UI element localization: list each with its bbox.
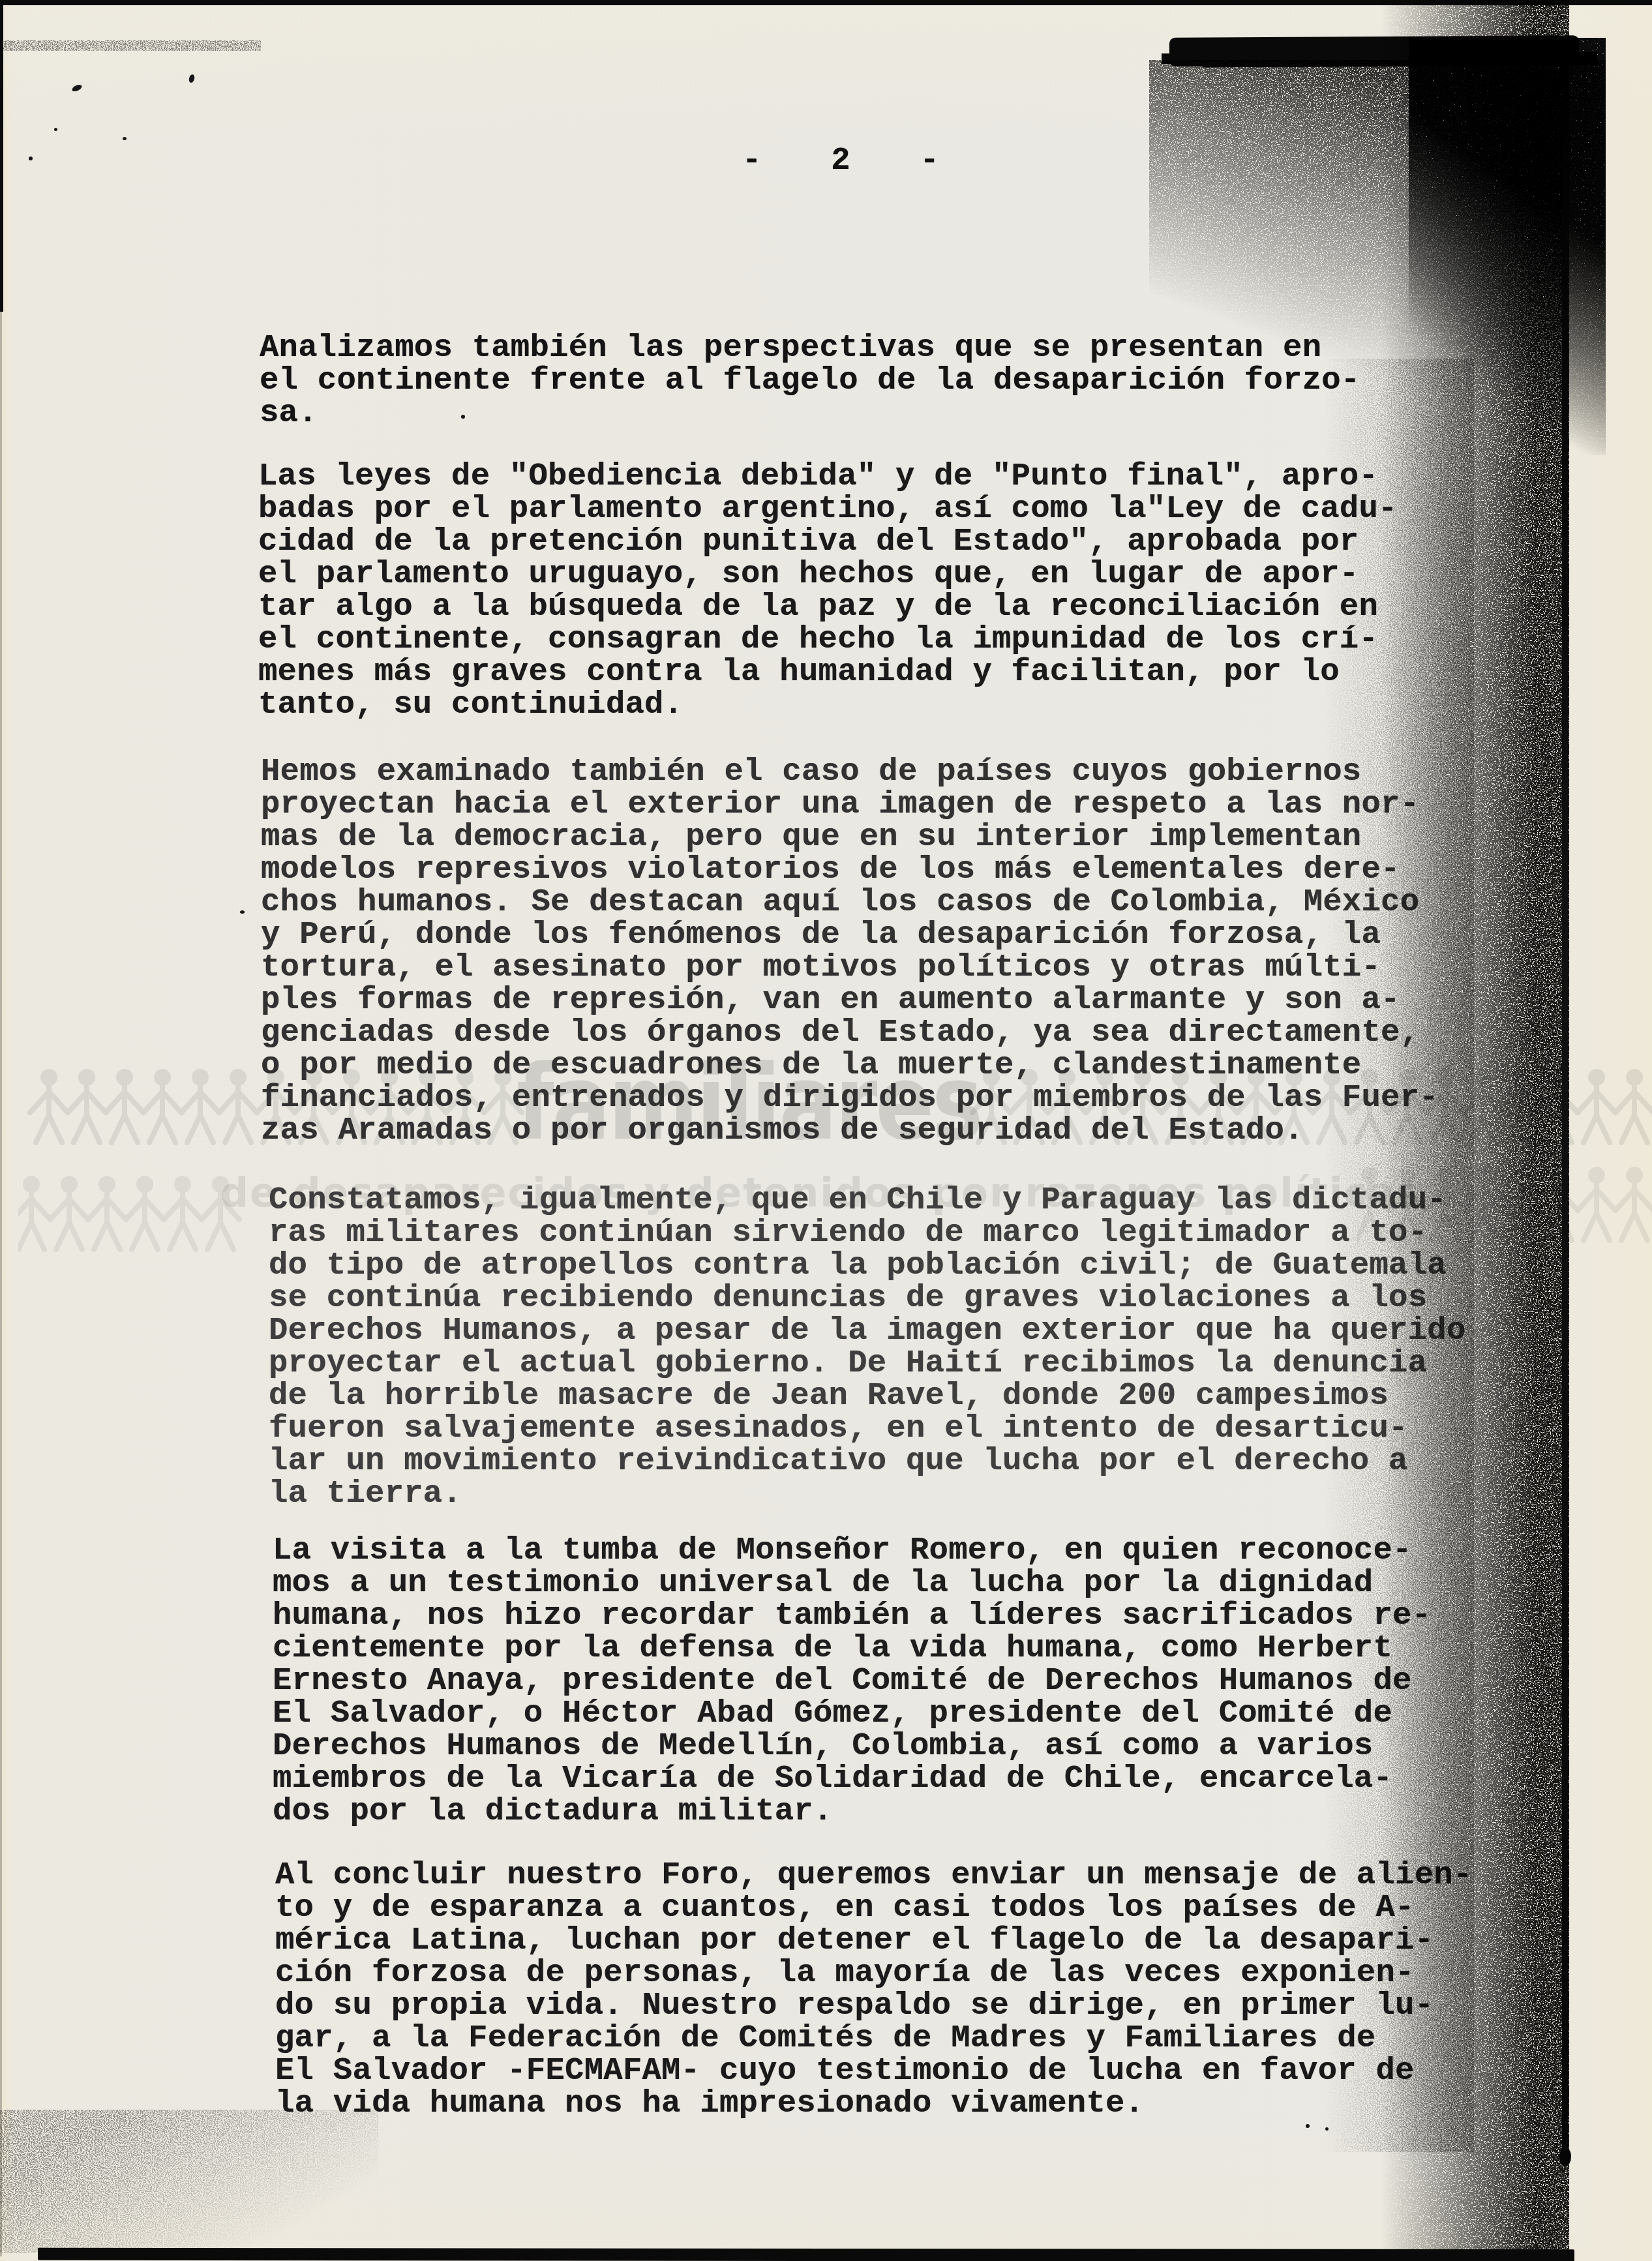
- page-number: - 2 -: [742, 142, 950, 179]
- scan-fold-line-right: [1562, 56, 1569, 2161]
- scan-edge-bottom-bar: [38, 2248, 1574, 2261]
- paragraph-las-leyes: Las leyes de "Obediencia debida" y de "P…: [258, 460, 1398, 721]
- dust-speck: [29, 157, 33, 160]
- paper-doll-chain-icon: [18, 1173, 253, 1264]
- dust-speck: [1306, 2124, 1310, 2128]
- dust-speck: [1325, 2127, 1329, 2131]
- scan-noise-right-band-outer: [1324, 359, 1474, 2152]
- dust-speck: [71, 83, 83, 93]
- dust-speck: [240, 910, 245, 914]
- dust-speck: [461, 415, 465, 419]
- scan-dust-bottom-left: [0, 2110, 378, 2253]
- dust-speck: [188, 74, 195, 83]
- dust-speck: [54, 128, 57, 131]
- paragraph-hemos-examinado: Hemos examinado también el caso de paíse…: [261, 755, 1439, 1146]
- scan-edge-left-strip-faint: [0, 307, 2, 2256]
- paragraph-la-visita: La visita a la tumba de Monseñor Romero,…: [273, 1534, 1431, 1827]
- dust-speck: [123, 137, 127, 140]
- paragraph-al-concluir: Al concluir nuestro Foro, queremos envia…: [275, 1859, 1473, 2119]
- scan-dust-top-left: [0, 40, 261, 51]
- paragraph-constatamos: Constatamos, igualmente, que en Chile y …: [269, 1184, 1466, 1510]
- scanned-document-page: familiares de desaparecidos y detenidos …: [0, 0, 1652, 2261]
